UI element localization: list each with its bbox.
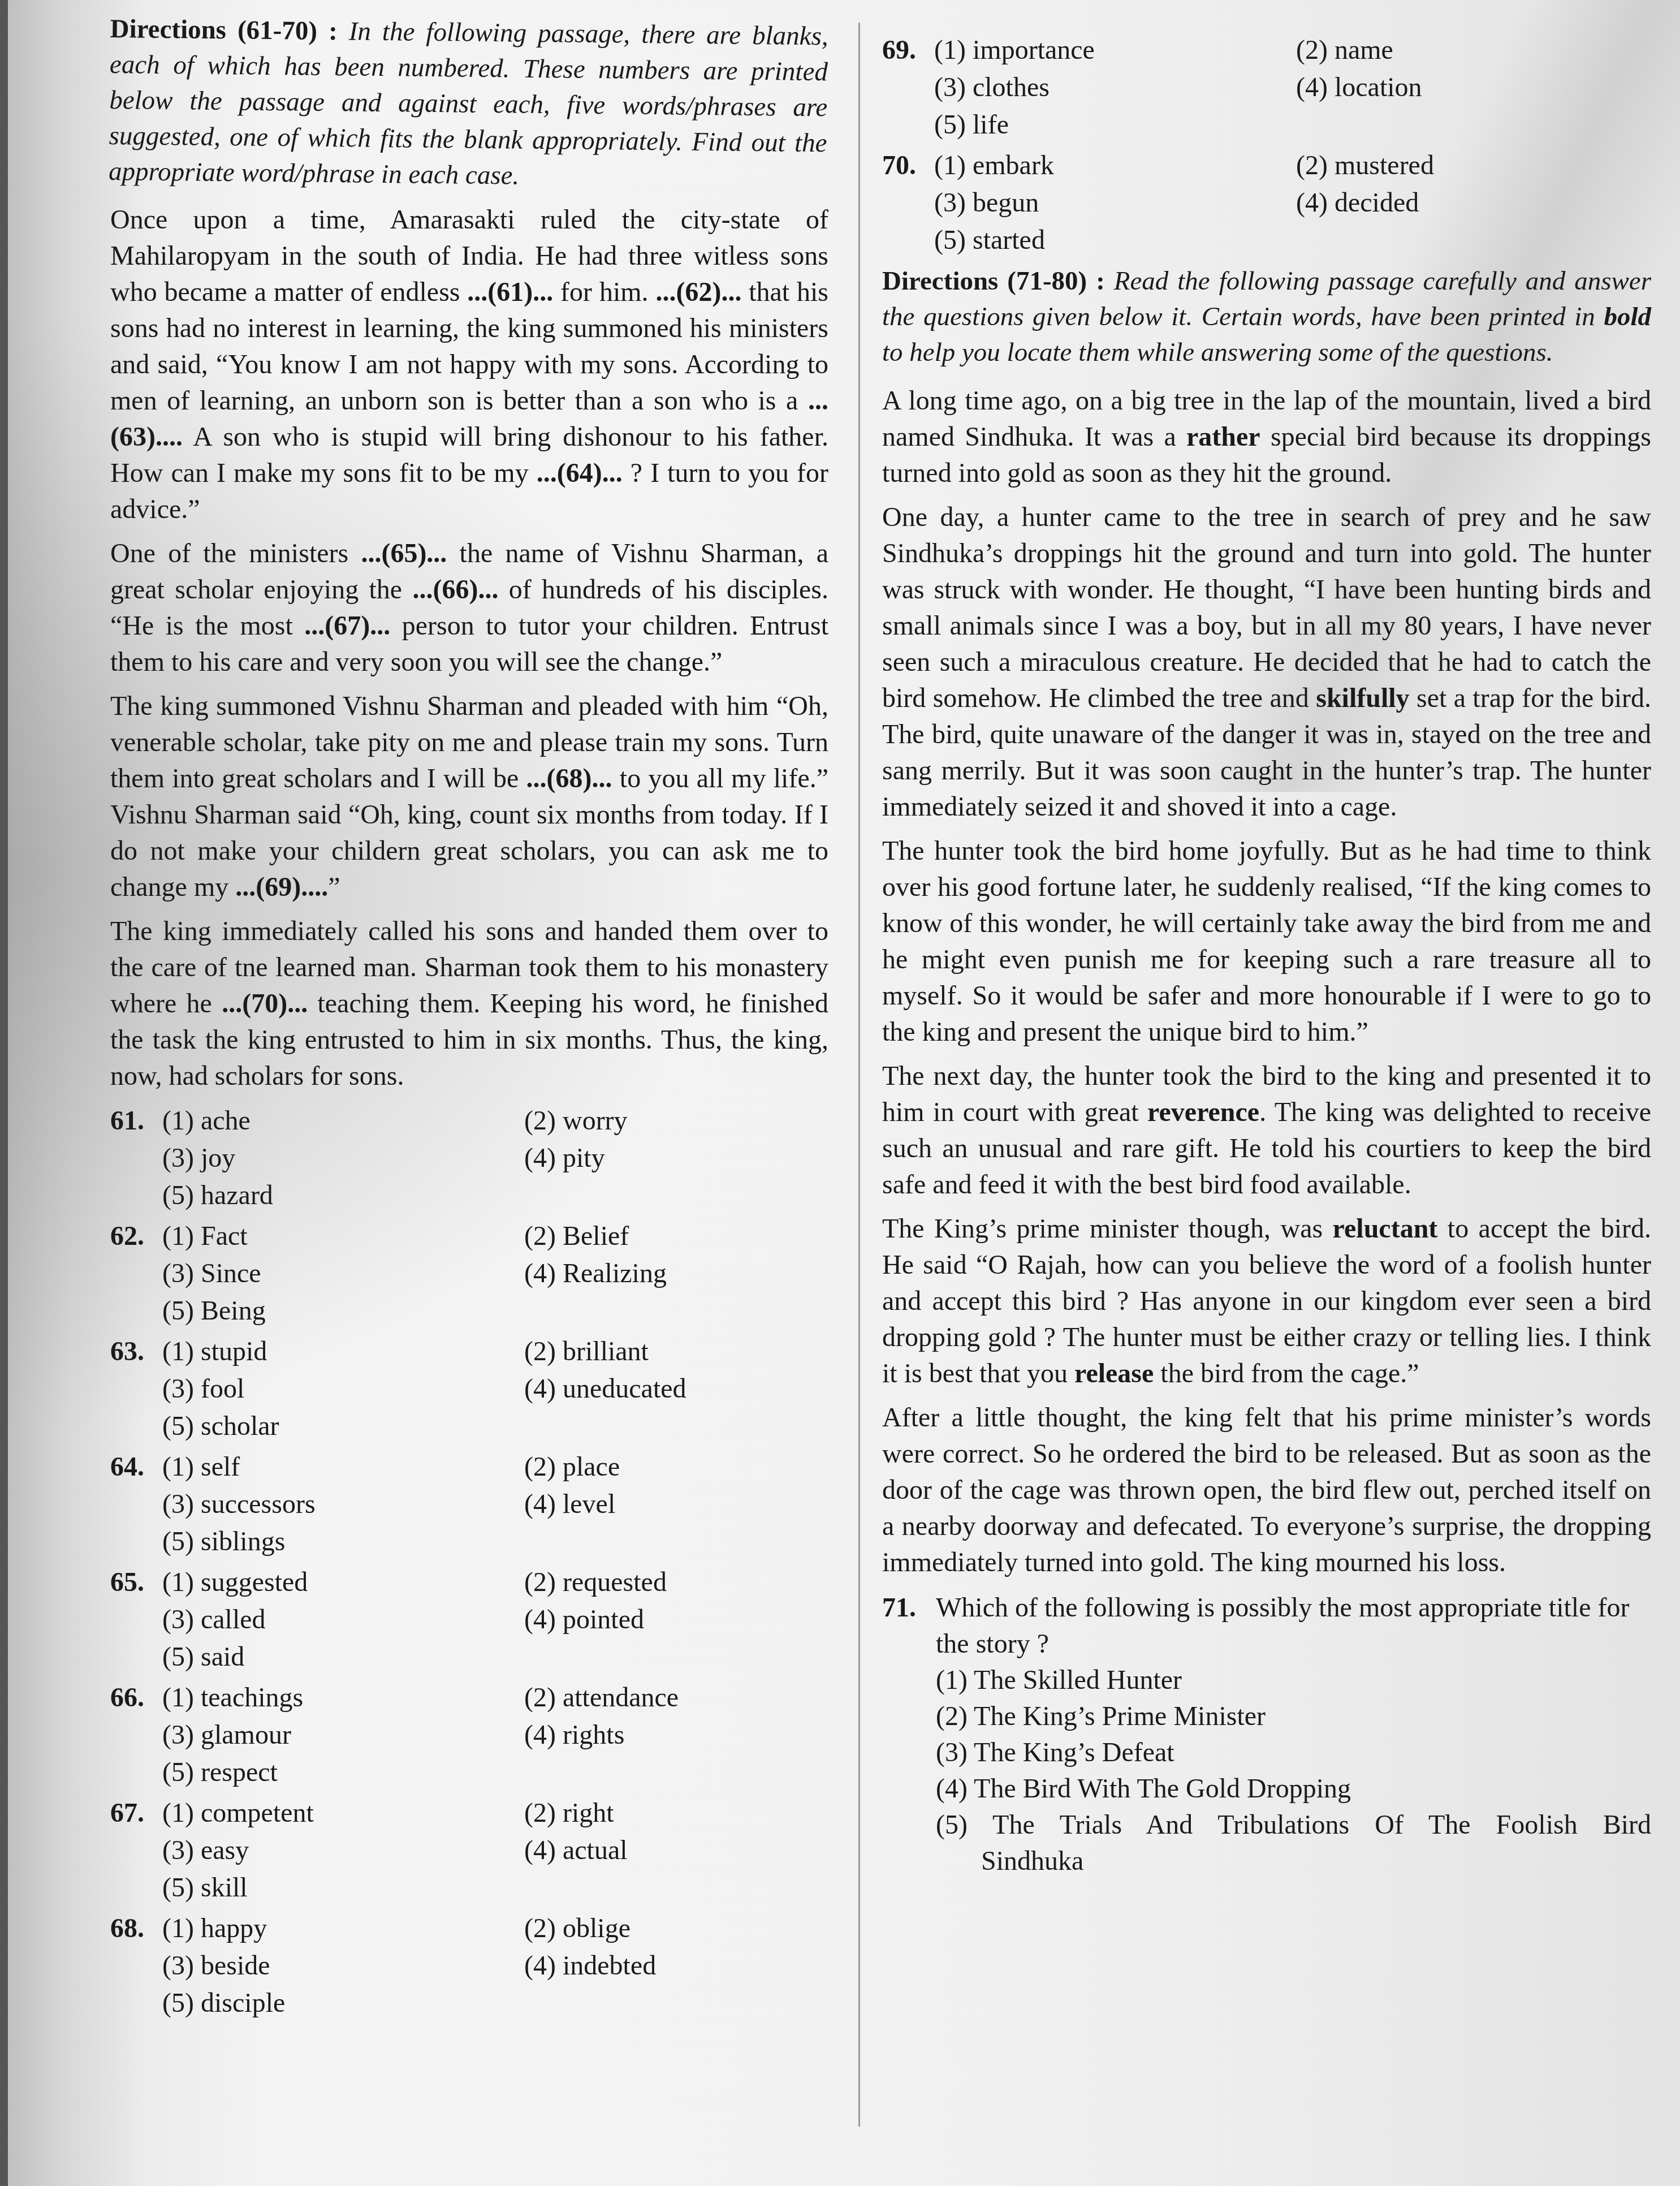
column-divider — [858, 23, 860, 2127]
option-1[interactable]: (1) importance — [934, 32, 1296, 69]
comprehension-passage: A long time ago, on a big tree in the la… — [882, 383, 1651, 1581]
option-4[interactable]: (4) level — [524, 1486, 615, 1523]
question-69: 69.(1) importance(2) name(3) clothes(4) … — [882, 32, 1651, 144]
option-4[interactable]: (4) actual — [524, 1832, 628, 1869]
option-1[interactable]: (1) self — [162, 1448, 524, 1486]
option-3[interactable]: (3) begun — [934, 184, 1296, 222]
option-2[interactable]: (2) mustered — [1296, 147, 1434, 184]
question-65: 65.(1) suggested(2) requested(3) called(… — [110, 1564, 828, 1676]
directions-71-80: Directions (71-80) : Read the following … — [882, 264, 1651, 370]
passage-paragraph: A long time ago, on a big tree in the la… — [882, 383, 1651, 491]
option-1[interactable]: (1) The Skilled Hunter — [882, 1662, 1651, 1698]
option-4[interactable]: (4) pity — [524, 1140, 605, 1177]
indent-spacer — [110, 1140, 162, 1177]
highlighted-term: ...(66)... — [412, 575, 498, 605]
question-64: 64.(1) self(2) place(3) successors(4) le… — [110, 1448, 828, 1560]
passage-paragraph: The hunter took the bird home joyfully. … — [882, 833, 1651, 1050]
option-1[interactable]: (1) ache — [162, 1102, 524, 1140]
highlighted-term: ...(64)... — [537, 458, 623, 488]
option-3[interactable]: (3) called — [162, 1601, 524, 1639]
passage-text: for him. — [553, 277, 655, 307]
highlighted-term: ...(70)... — [222, 989, 308, 1019]
option-2[interactable]: (2) right — [524, 1795, 614, 1832]
passage-paragraph: Once upon a time, Amarasakti ruled the c… — [110, 202, 828, 528]
indent-spacer — [110, 1292, 162, 1330]
indent-spacer — [110, 1486, 162, 1523]
indent-spacer — [110, 1947, 162, 1985]
highlighted-term: rather — [1186, 422, 1260, 452]
directions-61-70: Directions (61-70) : In the following pa… — [109, 11, 828, 197]
option-5[interactable]: (5) siblings — [162, 1523, 524, 1560]
option-5[interactable]: (5) disciple — [162, 1985, 524, 2022]
question-list-61-68: 61.(1) ache(2) worry(3) joy(4) pity(5) h… — [110, 1102, 828, 2022]
passage-paragraph: The king summoned Vishnu Sharman and ple… — [110, 688, 828, 906]
highlighted-term: ...(68)... — [526, 764, 612, 794]
highlighted-term: ...(65)... — [361, 538, 447, 568]
passage-paragraph: After a little thought, the king felt th… — [882, 1400, 1651, 1581]
option-1[interactable]: (1) teachings — [162, 1679, 524, 1717]
option-5[interactable]: (5) life — [934, 106, 1296, 144]
question-70: 70.(1) embark(2) mustered(3) begun(4) de… — [882, 147, 1651, 259]
option-2[interactable]: (2) brilliant — [524, 1333, 649, 1370]
option-3[interactable]: (3) Since — [162, 1255, 524, 1292]
highlighted-term: skilfully — [1316, 683, 1409, 713]
indent-spacer — [110, 1370, 162, 1408]
question-number: 65. — [110, 1564, 162, 1601]
option-5[interactable]: (5) respect — [162, 1754, 524, 1791]
option-3[interactable]: (3) beside — [162, 1947, 524, 1985]
option-5[interactable]: (5) skill — [162, 1869, 524, 1907]
indent-spacer — [110, 1717, 162, 1754]
question-number: 67. — [110, 1795, 162, 1832]
indent-spacer — [110, 1177, 162, 1214]
option-3[interactable]: (3) joy — [162, 1140, 524, 1177]
option-4[interactable]: (4) rights — [524, 1717, 624, 1754]
passage-paragraph: One day, a hunter came to the tree in se… — [882, 499, 1651, 825]
indent-spacer — [882, 69, 934, 106]
option-1[interactable]: (1) embark — [934, 147, 1296, 184]
indent-spacer — [110, 1523, 162, 1560]
passage-paragraph: One of the ministers ...(65)... the name… — [110, 536, 828, 680]
indent-spacer — [110, 1255, 162, 1292]
question-68: 68.(1) happy(2) oblige(3) beside(4) inde… — [110, 1910, 828, 2022]
option-4[interactable]: (4) pointed — [524, 1601, 644, 1639]
question-number: 63. — [110, 1333, 162, 1370]
highlighted-term: ...(69).... — [235, 872, 328, 902]
option-3[interactable]: (3) successors — [162, 1486, 524, 1523]
highlighted-term: release — [1074, 1359, 1154, 1389]
option-1[interactable]: (1) competent — [162, 1795, 524, 1832]
option-3[interactable]: (3) The King’s Defeat — [882, 1735, 1651, 1771]
option-2[interactable]: (2) place — [524, 1448, 620, 1486]
left-column: Directions (61-70) : In the following pa… — [110, 11, 828, 2025]
passage-text: the bird from the cage.” — [1154, 1359, 1419, 1389]
question-62: 62.(1) Fact(2) Belief(3) Since(4) Realiz… — [110, 1218, 828, 1330]
indent-spacer — [110, 1869, 162, 1907]
option-2[interactable]: (2) worry — [524, 1102, 628, 1140]
option-4[interactable]: (4) The Bird With The Gold Dropping — [882, 1771, 1651, 1807]
indent-spacer — [110, 1408, 162, 1445]
indent-spacer — [882, 184, 934, 222]
question-number: 70. — [882, 147, 934, 184]
passage-text: After a little thought, the king felt th… — [882, 1403, 1651, 1577]
option-5-continuation: Sindhuka — [882, 1843, 1651, 1879]
indent-spacer — [110, 1985, 162, 2022]
option-4[interactable]: (4) location — [1296, 69, 1422, 106]
indent-spacer — [882, 222, 934, 259]
highlighted-term: ...(61)... — [467, 277, 553, 307]
question-63: 63.(1) stupid(2) brilliant(3) fool(4) un… — [110, 1333, 828, 1445]
question-number: 61. — [110, 1102, 162, 1140]
question-67: 67.(1) competent(2) right(3) easy(4) act… — [110, 1795, 828, 1907]
option-1[interactable]: (1) stupid — [162, 1333, 524, 1370]
option-5[interactable]: (5) hazard — [162, 1177, 524, 1214]
directions-label: Directions (71-80) : — [882, 266, 1105, 296]
option-5[interactable]: (5) scholar — [162, 1408, 524, 1445]
directions-bold-word: bold — [1604, 302, 1651, 331]
option-3[interactable]: (3) glamour — [162, 1717, 524, 1754]
option-4[interactable]: (4) indebted — [524, 1947, 656, 1985]
directions-label: Directions (61-70) : — [110, 14, 338, 46]
directions-text-b: to help you locate them while answering … — [882, 338, 1553, 367]
indent-spacer — [882, 106, 934, 144]
passage-paragraph: The next day, the hunter took the bird t… — [882, 1058, 1651, 1203]
option-3[interactable]: (3) clothes — [934, 69, 1296, 106]
question-number: 71. — [882, 1590, 936, 1662]
option-2[interactable]: (2) name — [1296, 32, 1393, 69]
question-66: 66.(1) teachings(2) attendance(3) glamou… — [110, 1679, 828, 1791]
option-1[interactable]: (1) happy — [162, 1910, 524, 1947]
question-number: 69. — [882, 32, 934, 69]
question-number: 66. — [110, 1679, 162, 1717]
highlighted-term: reverence — [1147, 1097, 1259, 1127]
indent-spacer — [110, 1832, 162, 1869]
question-61: 61.(1) ache(2) worry(3) joy(4) pity(5) h… — [110, 1102, 828, 1214]
option-2[interactable]: (2) oblige — [524, 1910, 630, 1947]
option-4[interactable]: (4) decided — [1296, 184, 1419, 222]
option-5[interactable]: (5) Being — [162, 1292, 524, 1330]
indent-spacer — [110, 1754, 162, 1791]
question-number: 62. — [110, 1218, 162, 1255]
option-2[interactable]: (2) attendance — [524, 1679, 679, 1717]
option-2[interactable]: (2) requested — [524, 1564, 667, 1601]
passage-paragraph: The King’s prime minister though, was re… — [882, 1211, 1651, 1392]
passage-text: One day, a hunter came to the tree in se… — [882, 502, 1651, 713]
option-3[interactable]: (3) fool — [162, 1370, 524, 1408]
indent-spacer — [110, 1639, 162, 1676]
passage-paragraph: The king immediately called his sons and… — [110, 913, 828, 1094]
question-71: 71. Which of the following is possibly t… — [882, 1590, 1651, 1879]
highlighted-term: ...(67)... — [304, 611, 390, 641]
cloze-passage: Once upon a time, Amarasakti ruled the c… — [110, 202, 828, 1094]
option-1[interactable]: (1) suggested — [162, 1564, 524, 1601]
passage-text: The hunter took the bird home joyfully. … — [882, 836, 1651, 1047]
passage-text: One of the ministers — [110, 538, 361, 568]
option-5[interactable]: (5) started — [934, 222, 1296, 259]
right-column: 69.(1) importance(2) name(3) clothes(4) … — [882, 28, 1651, 1879]
option-5[interactable]: (5) said — [162, 1639, 524, 1676]
option-4[interactable]: (4) Realizing — [524, 1255, 667, 1292]
question-text: Which of the following is possibly the m… — [936, 1590, 1651, 1662]
option-1[interactable]: (1) Fact — [162, 1218, 524, 1255]
indent-spacer — [110, 1601, 162, 1639]
option-3[interactable]: (3) easy — [162, 1832, 524, 1869]
passage-text: The King’s prime minister though, was — [882, 1214, 1333, 1244]
passage-text: ” — [328, 872, 340, 902]
page-binding-edge — [0, 0, 8, 2186]
question-number: 64. — [110, 1448, 162, 1486]
option-2[interactable]: (2) The King’s Prime Minister — [882, 1698, 1651, 1735]
question-list-69-70: 69.(1) importance(2) name(3) clothes(4) … — [882, 32, 1651, 259]
option-5[interactable]: (5) The Trials And Tribulations Of The F… — [882, 1807, 1651, 1843]
highlighted-term: reluctant — [1333, 1214, 1438, 1244]
option-2[interactable]: (2) Belief — [524, 1218, 629, 1255]
question-number: 68. — [110, 1910, 162, 1947]
highlighted-term: ...(62)... — [655, 277, 741, 307]
option-4[interactable]: (4) uneducated — [524, 1370, 686, 1408]
